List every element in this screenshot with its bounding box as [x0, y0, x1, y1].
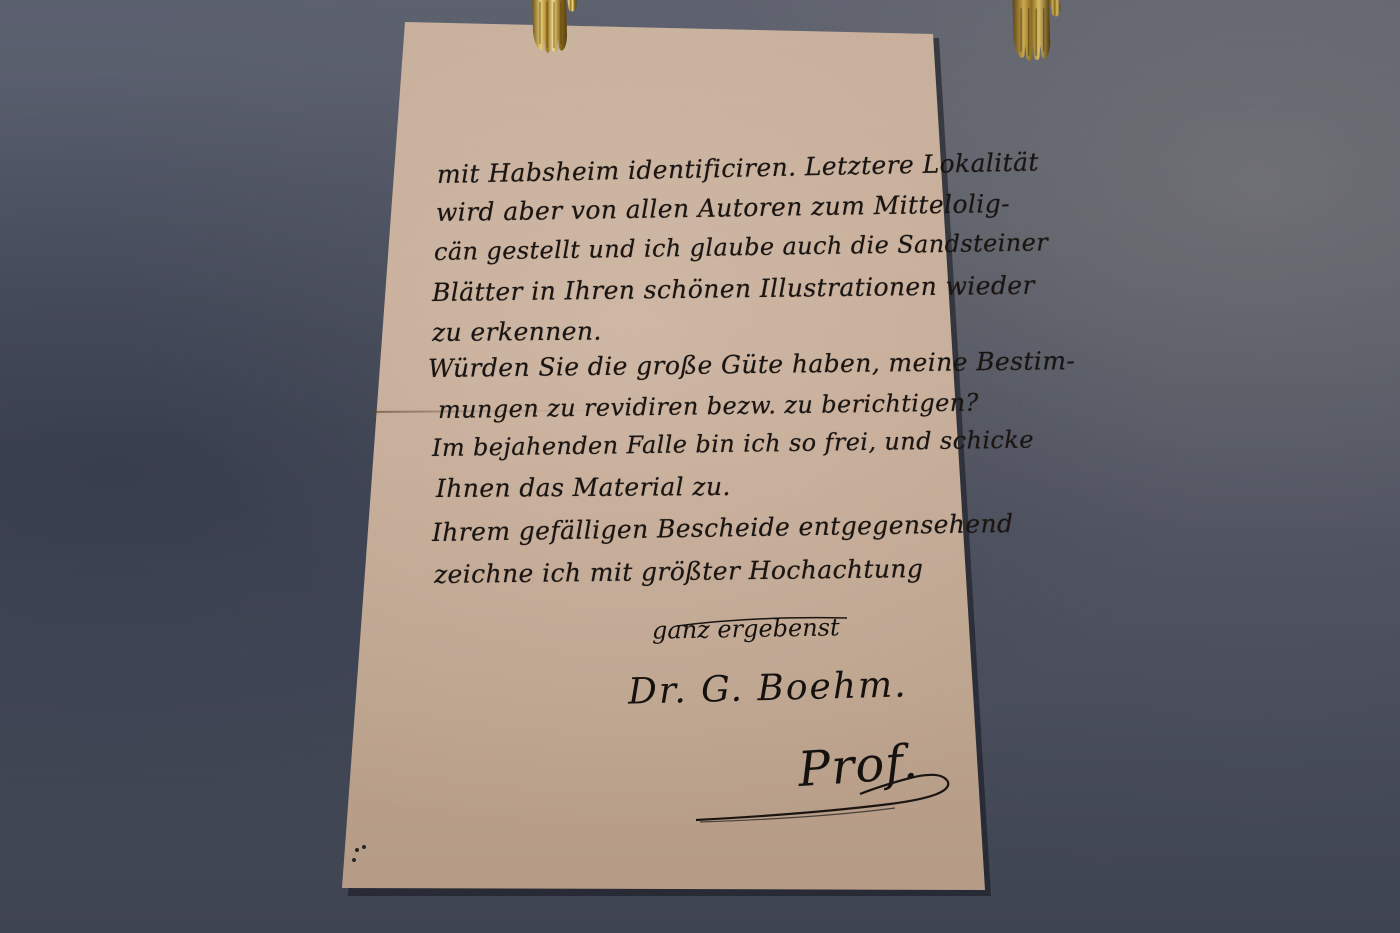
photo-scene: mit Habsheim identificiren. Letztere Lok…	[0, 0, 1400, 933]
letter-line: zeichne ich mit größter Hochachtung	[434, 554, 924, 589]
gold-hand-clip-right-icon	[1006, 0, 1062, 66]
letter-line: Ihnen das Material zu.	[436, 472, 731, 503]
gold-hand-clip-left-icon	[526, 0, 578, 56]
closing-phrase: ganz ergebenst	[652, 613, 840, 644]
signature-title: Prof.	[796, 734, 920, 798]
pin-hole	[362, 845, 366, 849]
letter-line: zu erkennen.	[432, 317, 602, 347]
signature-name: Dr. G. Boehm.	[628, 664, 909, 712]
letter-sheet	[0, 0, 1400, 933]
